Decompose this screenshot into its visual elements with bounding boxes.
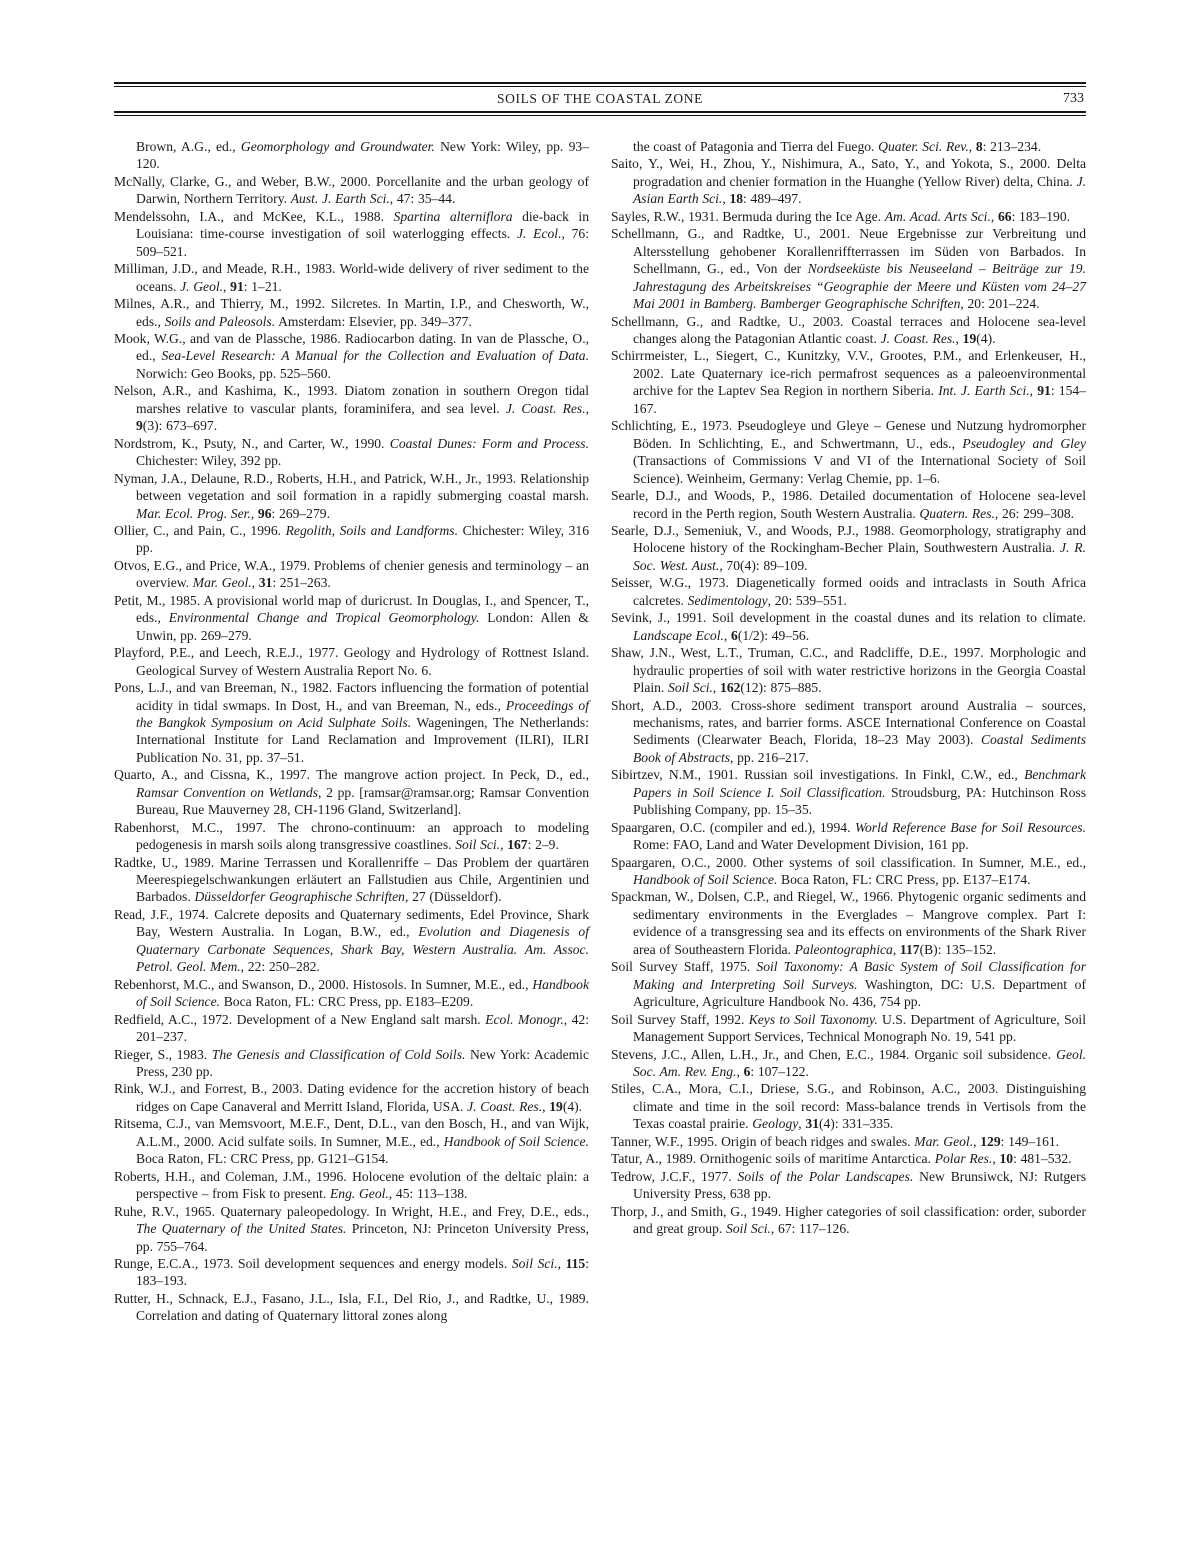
reference-entry: Runge, E.C.A., 1973. Soil development se… (114, 1255, 589, 1290)
reference-entry: Saito, Y., Wei, H., Zhou, Y., Nishimura,… (611, 155, 1086, 207)
reference-entry: Spaargaren, O.C., 2000. Other systems of… (611, 854, 1086, 889)
reference-entry: Nelson, A.R., and Kashima, K., 1993. Dia… (114, 382, 589, 434)
header-rule-bottom (114, 111, 1086, 116)
reference-entry: Rieger, S., 1983. The Genesis and Classi… (114, 1046, 589, 1081)
reference-entry: Playford, P.E., and Leech, R.E.J., 1977.… (114, 644, 589, 679)
reference-entry: Brown, A.G., ed., Geomorphology and Grou… (114, 138, 589, 173)
reference-entry: Soil Survey Staff, 1992. Keys to Soil Ta… (611, 1011, 1086, 1046)
left-column: Brown, A.G., ed., Geomorphology and Grou… (114, 138, 589, 1325)
reference-entry: Short, A.D., 2003. Cross-shore sediment … (611, 697, 1086, 767)
reference-entry: Redfield, A.C., 1972. Development of a N… (114, 1011, 589, 1046)
reference-entry: Seisser, W.G., 1973. Diagenetically form… (611, 574, 1086, 609)
reference-entry: Mook, W.G., and van de Plassche, 1986. R… (114, 330, 589, 382)
reference-entry: Nordstrom, K., Psuty, N., and Carter, W.… (114, 435, 589, 470)
reference-entry: Milliman, J.D., and Meade, R.H., 1983. W… (114, 260, 589, 295)
reference-entry: Shaw, J.N., West, L.T., Truman, C.C., an… (611, 644, 1086, 696)
reference-entry: McNally, Clarke, G., and Weber, B.W., 20… (114, 173, 589, 208)
reference-entry: Searle, D.J., Semeniuk, V., and Woods, P… (611, 522, 1086, 574)
reference-entry: Quarto, A., and Cissna, K., 1997. The ma… (114, 766, 589, 818)
reference-entry: Rabenhorst, M.C., 1997. The chrono-conti… (114, 819, 589, 854)
reference-entry: Thorp, J., and Smith, G., 1949. Higher c… (611, 1203, 1086, 1238)
reference-entry: Rebenhorst, M.C., and Swanson, D., 2000.… (114, 976, 589, 1011)
page-header: SOILS OF THE COASTAL ZONE 733 (114, 87, 1086, 111)
reference-entry: the coast of Patagonia and Tierra del Fu… (611, 138, 1086, 155)
reference-entry: Spaargaren, O.C. (compiler and ed.), 199… (611, 819, 1086, 854)
reference-entry: Ritsema, C.J., van Memsvoort, M.E.F., De… (114, 1115, 589, 1167)
page-title: SOILS OF THE COASTAL ZONE (497, 91, 703, 107)
reference-entry: Mendelssohn, I.A., and McKee, K.L., 1988… (114, 208, 589, 260)
reference-entry: Sevink, J., 1991. Soil development in th… (611, 609, 1086, 644)
page-container: SOILS OF THE COASTAL ZONE 733 Brown, A.G… (114, 0, 1086, 1325)
reference-entry: Sayles, R.W., 1931. Bermuda during the I… (611, 208, 1086, 225)
references-section: Brown, A.G., ed., Geomorphology and Grou… (114, 138, 1086, 1325)
reference-entry: Radtke, U., 1989. Marine Terrassen und K… (114, 854, 589, 906)
reference-entry: Schellmann, G., and Radtke, U., 2003. Co… (611, 313, 1086, 348)
reference-entry: Schirrmeister, L., Siegert, C., Kunitzky… (611, 347, 1086, 417)
reference-entry: Otvos, E.G., and Price, W.A., 1979. Prob… (114, 557, 589, 592)
reference-entry: Rink, W.J., and Forrest, B., 2003. Datin… (114, 1080, 589, 1115)
reference-entry: Ollier, C., and Pain, C., 1996. Regolith… (114, 522, 589, 557)
reference-entry: Roberts, H.H., and Coleman, J.M., 1996. … (114, 1168, 589, 1203)
reference-entry: Milnes, A.R., and Thierry, M., 1992. Sil… (114, 295, 589, 330)
reference-entry: Pons, L.J., and van Breeman, N., 1982. F… (114, 679, 589, 766)
reference-entry: Ruhe, R.V., 1965. Quaternary paleopedolo… (114, 1203, 589, 1255)
reference-entry: Petit, M., 1985. A provisional world map… (114, 592, 589, 644)
reference-entry: Schlichting, E., 1973. Pseudogleye und G… (611, 417, 1086, 487)
reference-entry: Nyman, J.A., Delaune, R.D., Roberts, H.H… (114, 470, 589, 522)
page-number: 733 (1063, 91, 1084, 107)
reference-entry: Stevens, J.C., Allen, L.H., Jr., and Che… (611, 1046, 1086, 1081)
reference-entry: Schellmann, G., and Radtke, U., 2001. Ne… (611, 225, 1086, 312)
reference-entry: Tanner, W.F., 1995. Origin of beach ridg… (611, 1133, 1086, 1150)
reference-entry: Read, J.F., 1974. Calcrete deposits and … (114, 906, 589, 976)
reference-entry: Rutter, H., Schnack, E.J., Fasano, J.L.,… (114, 1290, 589, 1325)
reference-entry: Spackman, W., Dolsen, C.P., and Riegel, … (611, 888, 1086, 958)
reference-entry: Sibirtzev, N.M., 1901. Russian soil inve… (611, 766, 1086, 818)
reference-entry: Stiles, C.A., Mora, C.I., Driese, S.G., … (611, 1080, 1086, 1132)
reference-entry: Tatur, A., 1989. Ornithogenic soils of m… (611, 1150, 1086, 1167)
reference-entry: Searle, D.J., and Woods, P., 1986. Detai… (611, 487, 1086, 522)
right-column: the coast of Patagonia and Tierra del Fu… (611, 138, 1086, 1325)
reference-entry: Soil Survey Staff, 1975. Soil Taxonomy: … (611, 958, 1086, 1010)
reference-entry: Tedrow, J.C.F., 1977. Soils of the Polar… (611, 1168, 1086, 1203)
